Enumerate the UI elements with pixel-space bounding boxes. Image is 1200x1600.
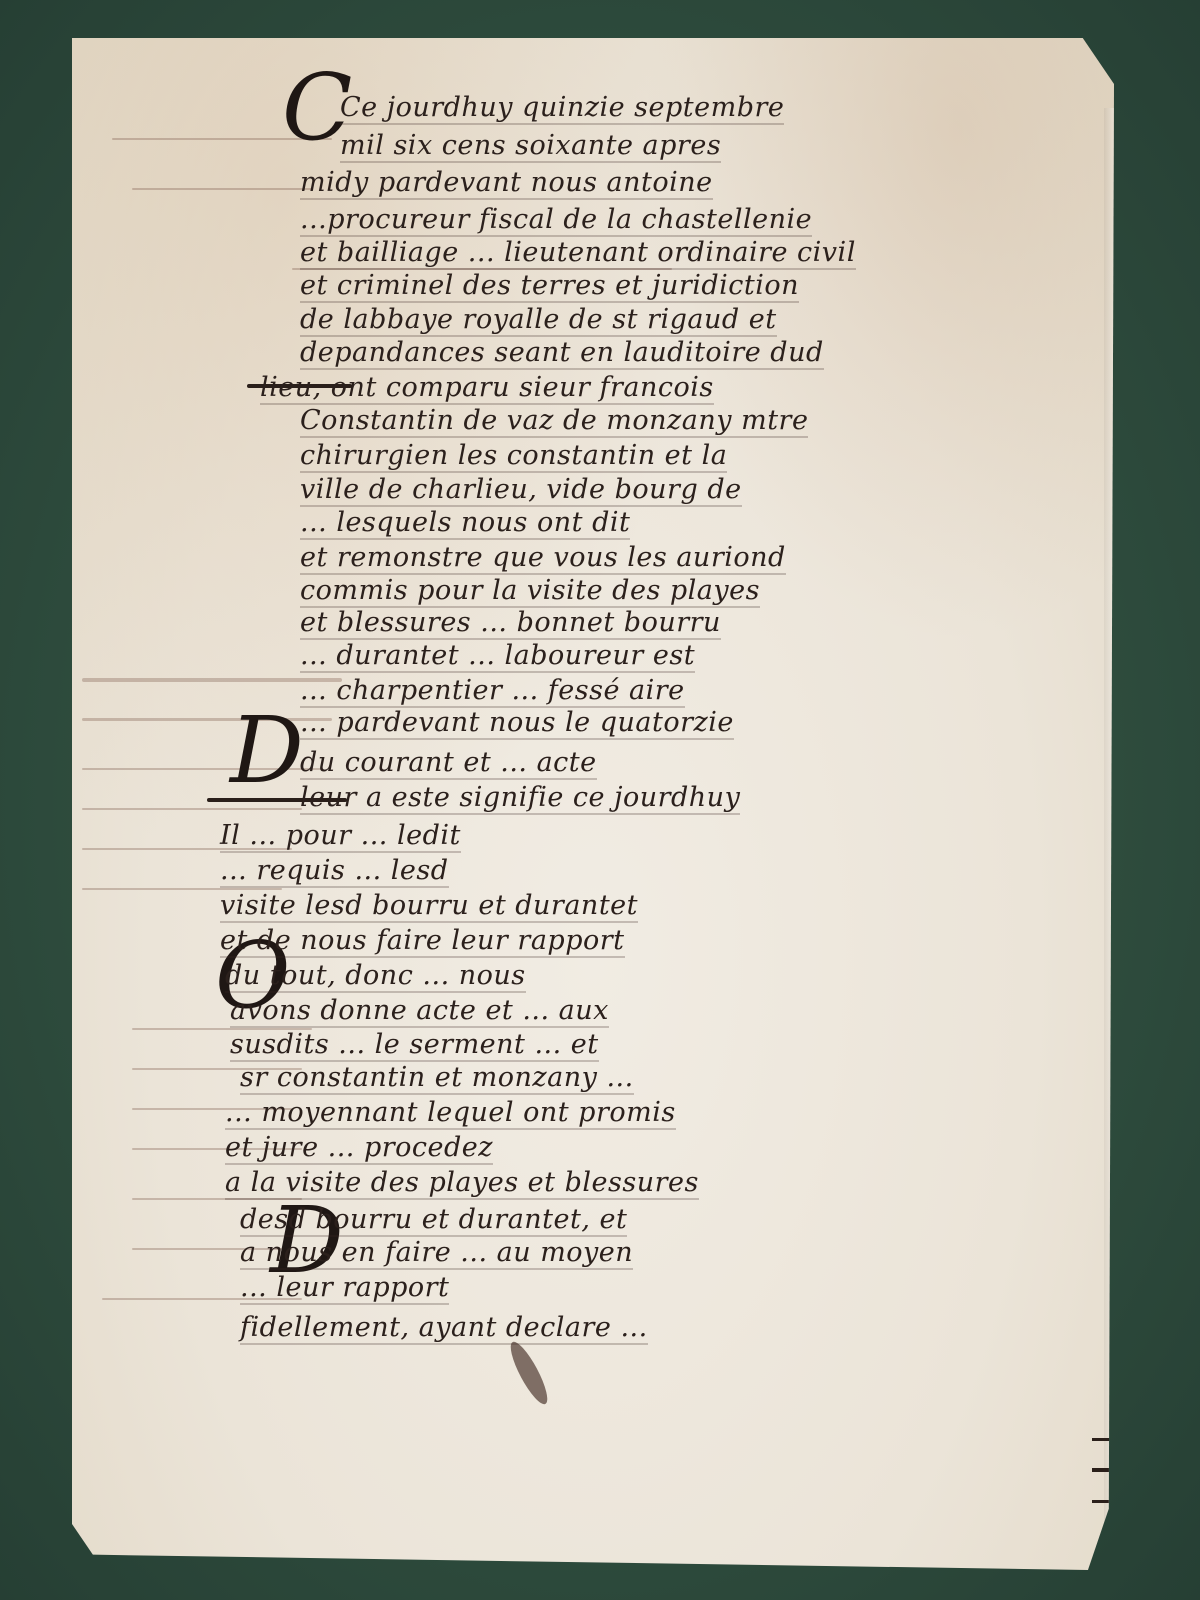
page-fold-shadow xyxy=(1104,108,1114,1548)
edge-mark xyxy=(1092,1500,1112,1503)
bleed-through-line xyxy=(132,188,312,190)
text-line: mil six cens soixante apres xyxy=(340,130,721,163)
text-line: midy pardevant nous antoine xyxy=(300,167,713,200)
bleed-through-line xyxy=(82,808,302,810)
text-line: ... lesquels nous ont dit xyxy=(300,507,630,540)
text-line: et blessures ... bonnet bourru xyxy=(300,607,721,640)
text-line: ... leur rapport xyxy=(240,1272,449,1305)
text-line: ... pardevant nous le quatorzie xyxy=(300,707,734,740)
text-line: ... moyennant lequel ont promis xyxy=(225,1097,676,1130)
edge-mark xyxy=(1092,1468,1114,1472)
text-line: visite lesd bourru et durantet xyxy=(220,890,638,923)
text-line: et de nous faire leur rapport xyxy=(220,925,625,958)
text-line: et criminel des terres et juridiction xyxy=(300,270,799,303)
text-line: lieu, ont comparu sieur francois xyxy=(260,372,714,405)
text-line: susdits ... le serment ... et xyxy=(230,1029,599,1062)
text-line: ... durantet ... laboureur est xyxy=(300,640,695,673)
text-line: commis pour la visite des playes xyxy=(300,575,760,608)
text-line: ... requis ... lesd xyxy=(220,855,449,888)
text-line: sr constantin et monzany ... xyxy=(240,1062,634,1095)
text-line: a la visite des playes et blessures xyxy=(225,1167,699,1200)
text-line: et jure ... procedez xyxy=(225,1132,493,1165)
text-line: Ce jourdhuy quinzie septembre xyxy=(340,92,784,125)
text-line: ... charpentier ... fessé aire xyxy=(300,675,685,708)
text-line: ...procureur fiscal de la chastellenie xyxy=(300,204,812,237)
text-line: a nous en faire ... au moyen xyxy=(240,1237,633,1270)
text-line: avons donne acte et ... aux xyxy=(230,995,609,1028)
text-line: chirurgien les constantin et la xyxy=(300,440,727,473)
text-line: desd bourru et durantet, et xyxy=(240,1204,627,1237)
text-line: fidellement, ayant declare ... xyxy=(240,1312,648,1345)
text-line: Il ... pour ... ledit xyxy=(220,820,461,853)
text-line: du tout, donc ... nous xyxy=(225,960,526,993)
decorative-initial-d: D xyxy=(230,705,304,797)
text-line: depandances seant en lauditoire dud xyxy=(300,337,824,370)
text-line: et bailliage ... lieutenant ordinaire ci… xyxy=(300,237,856,270)
text-line: ville de charlieu, vide bourg de xyxy=(300,474,742,507)
ink-blot xyxy=(505,1338,554,1408)
text-line: leur a este signifie ce jourdhuy xyxy=(300,782,740,815)
text-line: de labbaye royalle de st rigaud et xyxy=(300,304,777,337)
text-line: et remonstre que vous les auriond xyxy=(300,542,786,575)
edge-mark xyxy=(1092,1438,1112,1441)
text-line: Constantin de vaz de monzany mtre xyxy=(300,405,808,438)
text-line: du courant et ... acte xyxy=(300,747,597,780)
